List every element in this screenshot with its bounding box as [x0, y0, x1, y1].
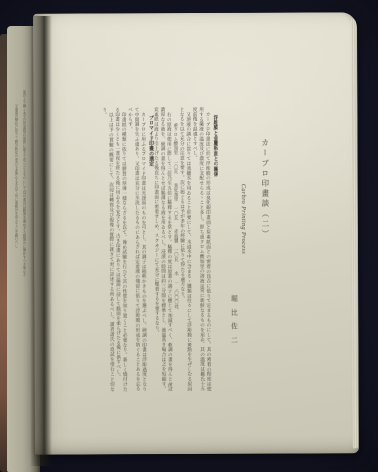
article-title-english: Carbro Printing Process: [240, 184, 247, 254]
right-page: カーブロ印畫談（二） Carbro Printing Process 堀比佐二 …: [33, 12, 359, 454]
body-paragraph: 右の原液は使用に際して三倍乃至五倍に稀釋するを常とす。稀釋の度は原畫の調子に應じ…: [153, 107, 174, 391]
page-edge-stack: [351, 18, 358, 448]
formula-item: 臭化加里 一〇瓦: [174, 183, 179, 220]
article-title-japanese: カーブロ印畫談（二）: [260, 139, 272, 269]
formula-item: 赤血鹽 一〇瓦: [174, 229, 179, 262]
page-number: 17: [168, 383, 172, 388]
section-heading-1: 浮彫膜と金屬板面との關係: [211, 107, 219, 391]
body-paragraph: 以上は予の實驗の概要にして、次囘は轉寫及び現像の實際に就きて更に詳述する所あるべ…: [101, 107, 115, 391]
left-page-text-column: 又液溫の變化に依りて膜の軟化の度合も亦異なるを以て常に寒暖計を用ゐて之を確むべし: [13, 104, 18, 414]
article-body: 浮彫膜と金屬板面との關係 カーブロ印畫法に於て浮彫膜の形成は臭化銀印畫面と炭素紙…: [101, 107, 218, 392]
body-paragraph: カーブロ印畫法に於て浮彫膜の形成は臭化銀印畫面と炭素紙面との密着の良否に依りて定…: [192, 107, 213, 391]
spine-crease: [30, 16, 52, 466]
left-page-text-column: 前頁より續く本文は炭素紙の取扱に就きて述べたるものにして其の要旨は膜面を傷めざる…: [21, 90, 26, 400]
body-paragraph: カーブロに用ふるブロマイド印畫は光澤面のものを可とし、其の調子は稍軟かきものを選…: [127, 107, 148, 391]
body-paragraph: 又溶液の調合に當りては蒸餾水を用ゐること肝要にして、水道水中に含まるゝ鹽類は往々…: [179, 107, 193, 391]
book-photo: 前頁より續く本文は炭素紙の取扱に就きて述べたるものにして其の要旨は膜面を傷めざる…: [0, 0, 378, 472]
formula-item: 重クロム酸加里 一〇瓦: [174, 123, 179, 174]
body-paragraph: 印畫紙の種類に依りては膠質の厚薄一樣ならざるを以て、豫め試驗を行ひて其の性質を知…: [114, 107, 128, 391]
author-name: 堀比佐二: [227, 295, 237, 371]
formula-item: 水 一,〇〇〇竓: [174, 271, 179, 309]
